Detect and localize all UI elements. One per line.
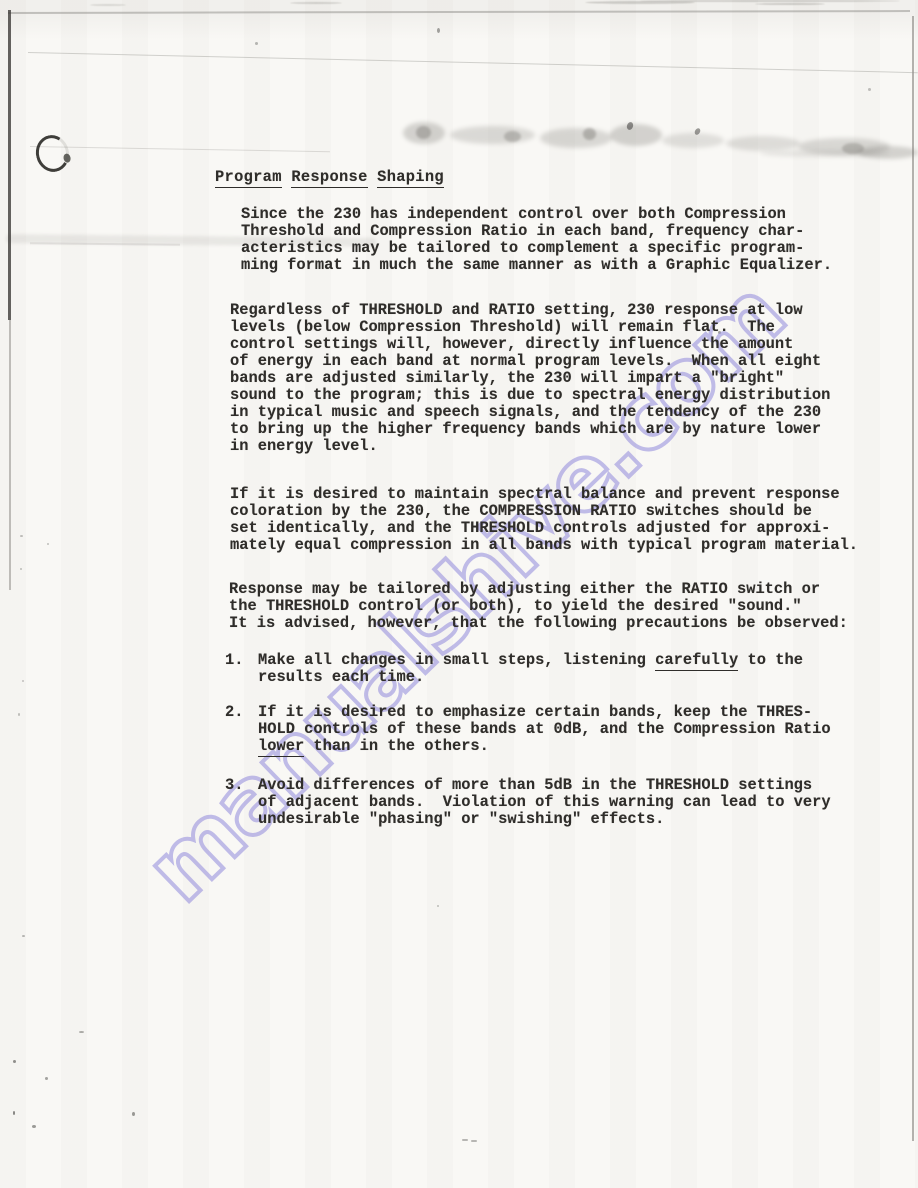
pencil-smudge (842, 143, 864, 154)
ink-speck (32, 1125, 36, 1128)
text-line: Response may be tailored by adjusting ei… (229, 581, 848, 598)
pencil-smudge (610, 124, 662, 146)
text-line: Since the 230 has independent control ov… (241, 206, 832, 223)
text-line: bands are adjusted similarly, the 230 wi… (230, 370, 830, 387)
scan-edge-smudge (755, 3, 825, 5)
list-number: 2. (225, 704, 258, 755)
list-item: 3. Avoid differences of more than 5dB in… (225, 777, 831, 828)
scan-edge-smudge (90, 4, 126, 6)
text-line: If it is desired to maintain spectral ba… (230, 486, 858, 503)
page-title: Program Response Shaping (215, 169, 444, 186)
pencil-smudge (726, 136, 800, 151)
text-line: mately equal compression in all bands wi… (230, 537, 858, 554)
list-number: 3. (225, 777, 258, 828)
pencil-smudge (416, 126, 431, 139)
text-line: results each time. (258, 669, 803, 686)
scan-edge-smudge (290, 2, 342, 4)
ink-speck (13, 1060, 16, 1063)
pencil-smudge (504, 131, 521, 142)
left-edge-line (8, 10, 11, 320)
text-line: HOLD controls of these bands at 0dB, and… (258, 721, 831, 738)
text-line: Regardless of THRESHOLD and RATIO settin… (230, 302, 830, 319)
text-line: in typical music and speech signals, and… (230, 404, 830, 421)
ink-speck (22, 680, 24, 682)
text-line: sound to the program; this is due to spe… (230, 387, 830, 404)
ink-speck (132, 1112, 135, 1116)
pencil-smudge (540, 128, 612, 148)
text-line: Make all changes in small steps, listeni… (258, 652, 803, 669)
scan-streak (30, 242, 180, 245)
pencil-smudge (450, 126, 535, 144)
text-line: Threshold and Compression Ratio in each … (241, 223, 832, 240)
paragraph: Since the 230 has independent control ov… (241, 206, 832, 274)
scan-edge-smudge (640, 0, 900, 2)
text-line: control settings will, however, directly… (230, 336, 830, 353)
paragraph: Regardless of THRESHOLD and RATIO settin… (230, 302, 830, 455)
ink-speck (45, 1077, 48, 1080)
list-item-text: Avoid differences of more than 5dB in th… (258, 777, 831, 828)
ink-speck (20, 568, 22, 570)
ink-speck (18, 713, 20, 716)
text-line: of energy in each band at normal program… (230, 353, 830, 370)
text-line: of adjacent bands. Violation of this war… (258, 794, 831, 811)
pencil-smudge (662, 133, 724, 148)
hole-punch-mark (32, 132, 73, 176)
text-line: If it is desired to emphasize certain ba… (258, 704, 831, 721)
ink-speck (437, 28, 440, 33)
ink-speck (437, 905, 439, 907)
list-item: 1. Make all changes in small steps, list… (225, 652, 803, 686)
list-item: 2. If it is desired to emphasize certain… (225, 704, 831, 755)
ink-speck (255, 42, 258, 45)
list-number: 1. (225, 652, 258, 686)
scan-line (30, 146, 330, 152)
text-line: ming format in much the same manner as w… (241, 257, 832, 274)
text-line: Avoid differences of more than 5dB in th… (258, 777, 831, 794)
text-line: undesirable "phasing" or "swishing" effe… (258, 811, 831, 828)
text-line: acteristics may be tailored to complemen… (241, 240, 832, 257)
scan-line (28, 52, 918, 74)
pencil-smudge (583, 128, 596, 140)
ink-speck (462, 1139, 468, 1141)
ink-speck (22, 935, 25, 937)
ink-speck (13, 1111, 15, 1115)
scanned-page: manualshive.com Program Response Shaping… (0, 0, 918, 1188)
text-line: It is advised, however, that the followi… (229, 615, 848, 632)
text-line: levels (below Compression Threshold) wil… (230, 319, 830, 336)
ink-speck (79, 1031, 84, 1033)
ink-speck (20, 535, 23, 537)
text-line: in energy level. (230, 438, 830, 455)
text-line: set identically, and the THRESHOLD contr… (230, 520, 858, 537)
paragraph: If it is desired to maintain spectral ba… (230, 486, 858, 554)
ink-speck (471, 1140, 477, 1142)
right-edge-line (912, 16, 914, 1141)
paragraph: Response may be tailored by adjusting ei… (229, 581, 848, 632)
scan-line (8, 10, 910, 13)
list-item-text: If it is desired to emphasize certain ba… (258, 704, 831, 755)
list-item-text: Make all changes in small steps, listeni… (258, 652, 803, 686)
ink-speck (868, 88, 871, 91)
text-line: coloration by the 230, the COMPRESSION R… (230, 503, 858, 520)
ink-speck (47, 543, 49, 545)
pencil-smudge (760, 150, 890, 157)
text-line: lower than in the others. (258, 738, 831, 755)
left-edge-line (9, 320, 11, 590)
text-line: the THRESHOLD control (or both), to yiel… (229, 598, 848, 615)
text-line: to bring up the higher frequency bands w… (230, 421, 830, 438)
